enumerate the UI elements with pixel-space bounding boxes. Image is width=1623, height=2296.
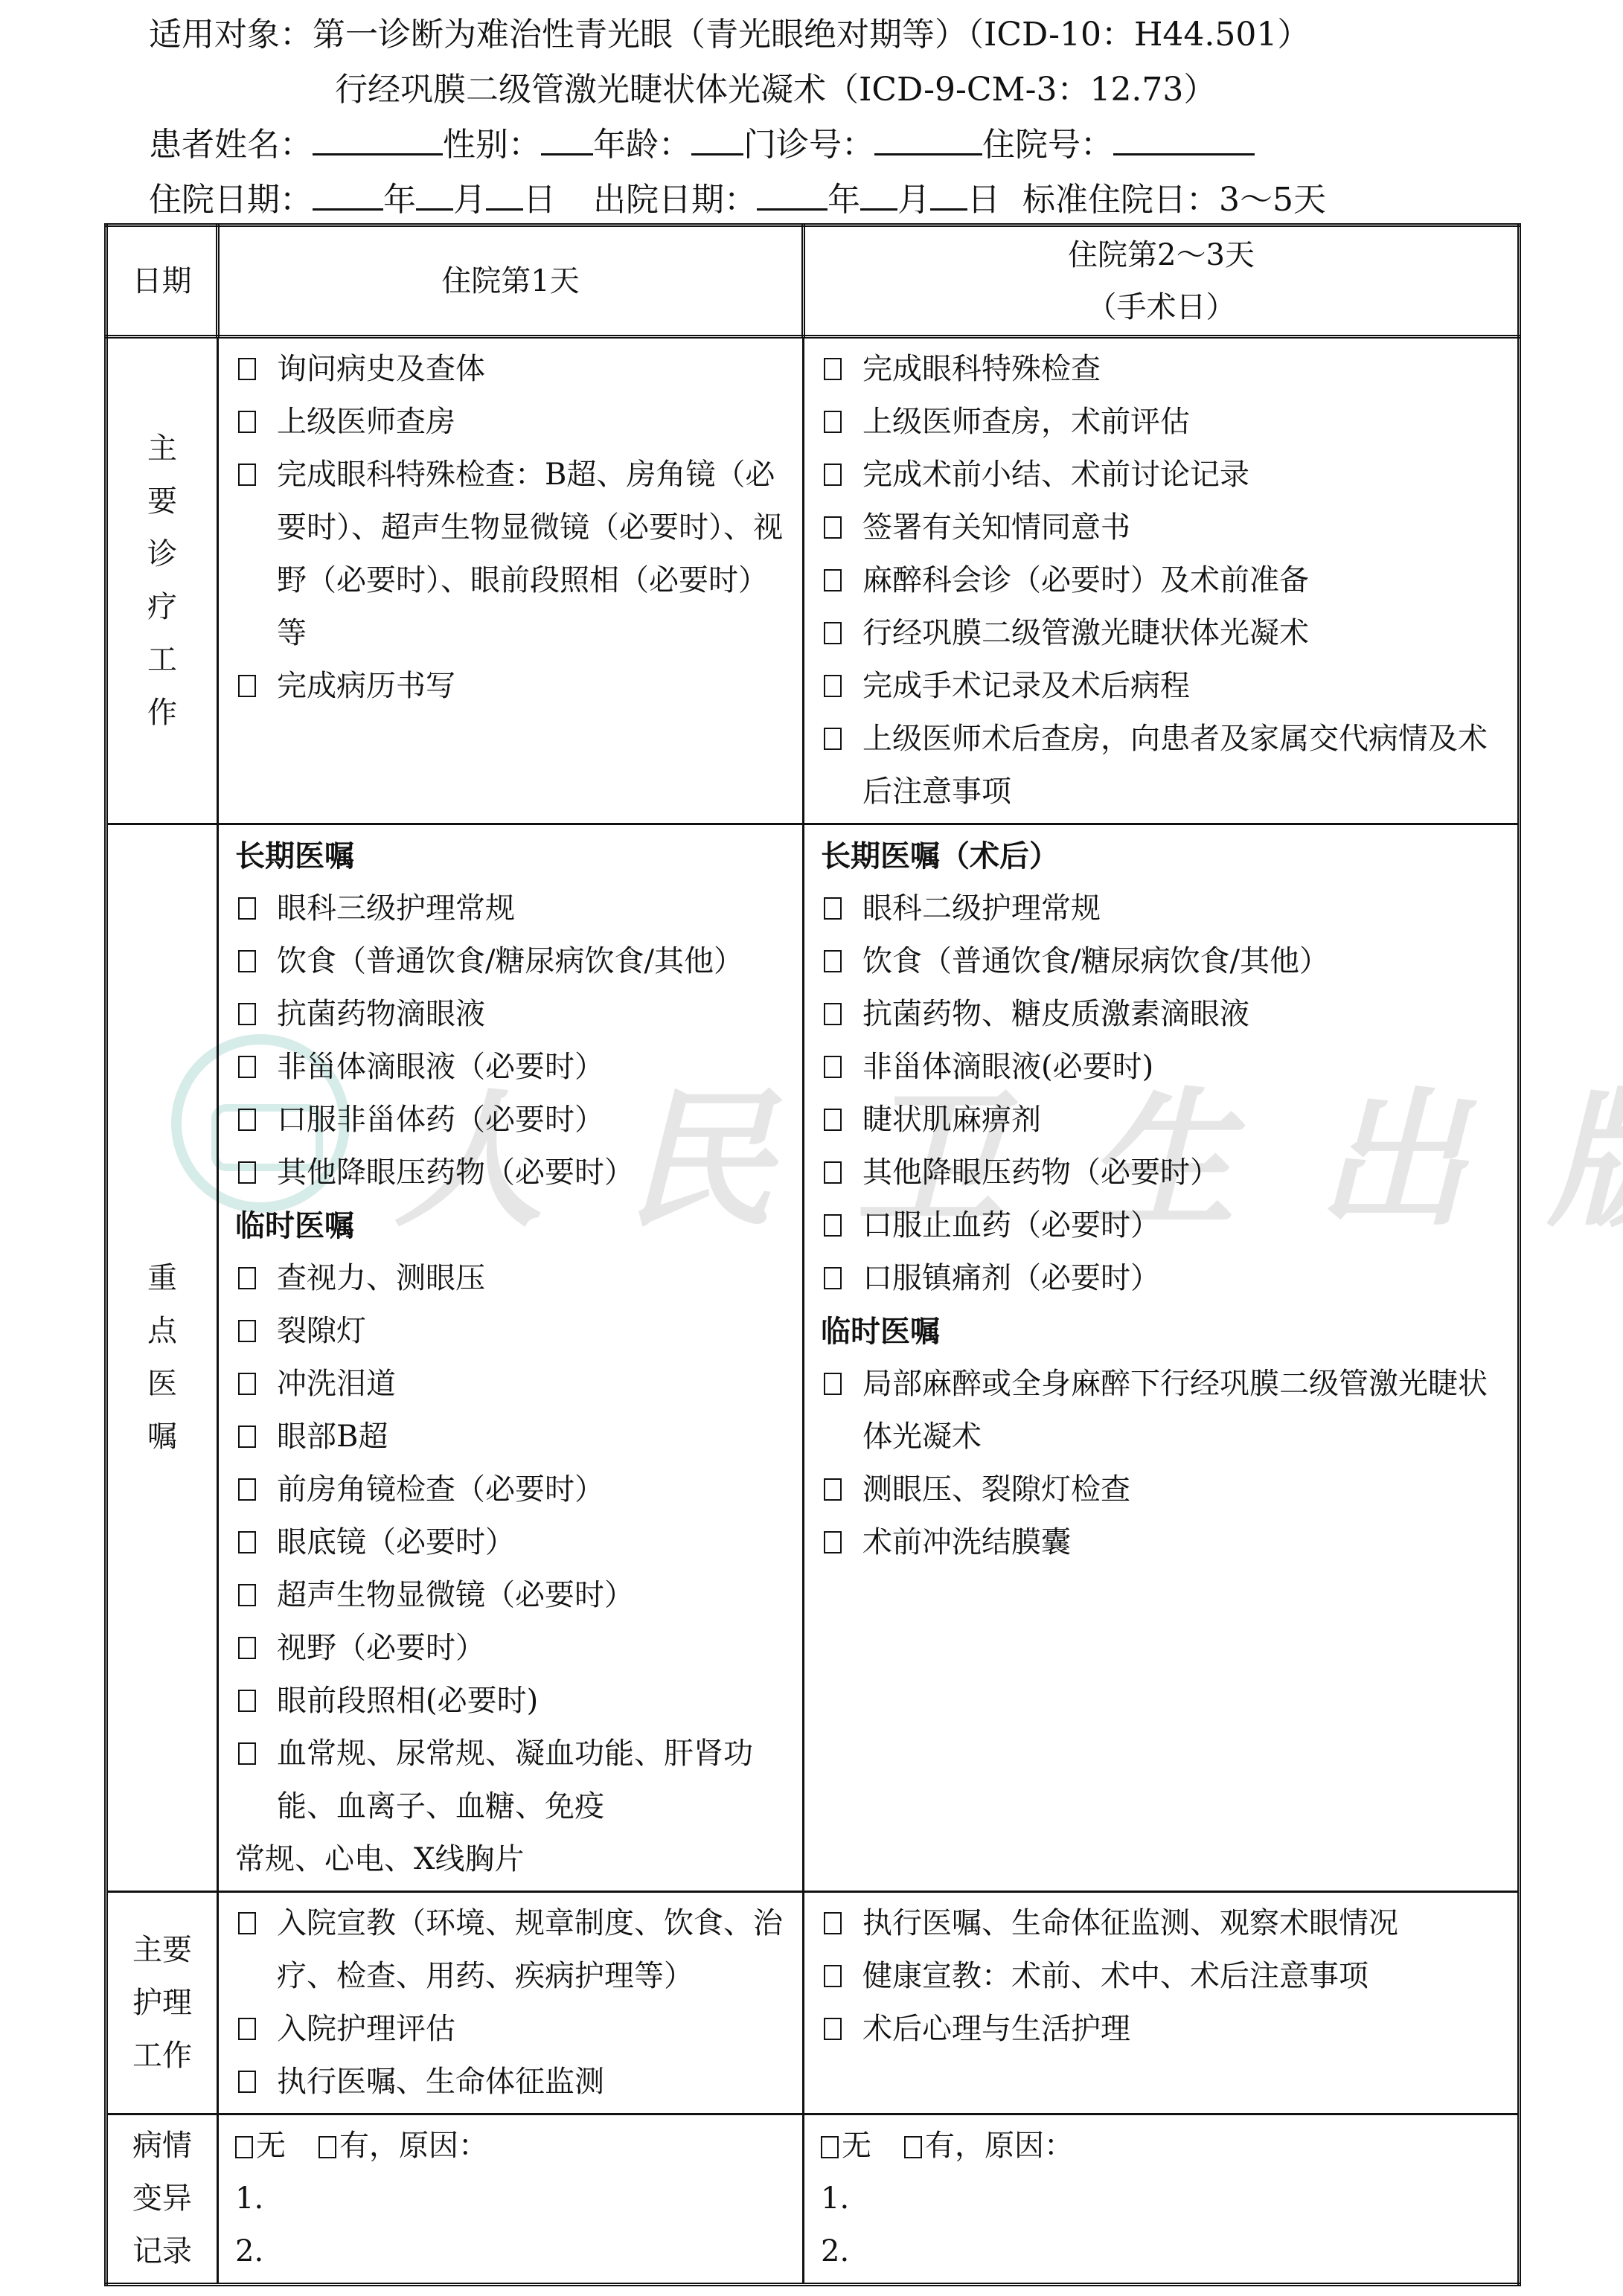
checkbox-icon[interactable] (238, 950, 256, 972)
table-row-variance: 病情变异记录 无有，原因： 1. 2. 无有，原因： 1. 2. (106, 2114, 1520, 2285)
checklist-item: 裂隙灯 (235, 1305, 792, 1358)
row-label-variance: 病情变异记录 (106, 2114, 218, 2285)
checklist-item: 口服镇痛剂（必要时） (821, 1252, 1507, 1305)
checkbox-icon[interactable] (824, 1531, 842, 1553)
checklist-item: 行经巩膜二级管激光睫状体光凝术 (821, 607, 1507, 660)
checklist-item: 入院护理评估 (235, 2003, 792, 2056)
checklist-item: 上级医师查房，术前评估 (821, 396, 1507, 449)
checkbox-icon[interactable] (238, 1373, 256, 1395)
checkbox-icon[interactable] (824, 1214, 842, 1237)
temporary-orders-title: 临时医嘱 (821, 1305, 1507, 1358)
checklist-item: 眼前段照相(必要时) (235, 1675, 792, 1728)
variance-day2-cell: 无有，原因： 1. 2. (804, 2114, 1520, 2285)
checkbox-icon[interactable] (824, 1056, 842, 1078)
checklist-item: 局部麻醉或全身麻醉下行经巩膜二级管激光睫状体光凝术 (821, 1358, 1507, 1463)
key-orders-day2-cell: 长期医嘱（术后） 眼科二级护理常规 饮食（普通饮食/糖尿病饮食/其他） 抗菌药物… (804, 824, 1520, 1892)
procedure-text: 行经巩膜二级管激光睫状体光凝术（ICD-9-CM-3：12.73） (335, 71, 1216, 109)
discharge-month-field[interactable] (860, 179, 897, 211)
checklist-item: 超声生物显微镜（必要时） (235, 1569, 792, 1622)
standard-stay: 标准住院日：3～5天 (1022, 181, 1326, 219)
checkbox-icon[interactable] (238, 1478, 256, 1501)
discharge-year-field[interactable] (757, 179, 827, 211)
checklist-item: 抗菌药物滴眼液 (235, 988, 792, 1041)
applies-line-2: 行经巩膜二级管激光睫状体光凝术（ICD-9-CM-3：12.73） (149, 62, 1563, 118)
checklist-item: 完成术前小结、术前讨论记录 (821, 449, 1507, 501)
checkbox-icon[interactable] (238, 1912, 256, 1934)
checkbox-icon[interactable] (824, 2018, 842, 2040)
variance-none-checkbox[interactable] (821, 2136, 839, 2158)
checkbox-icon[interactable] (238, 1161, 256, 1184)
checklist-item: 麻醉科会诊（必要时）及术前准备 (821, 554, 1507, 607)
age-label: 年龄： (593, 126, 691, 164)
gender-label: 性别： (443, 126, 541, 164)
checkbox-icon[interactable] (238, 1690, 256, 1712)
month-unit: 月 (453, 181, 486, 219)
applies-line-1: 适用对象：第一诊断为难治性青光眼（青光眼绝对期等）（ICD-10：H44.501… (149, 7, 1563, 62)
checkbox-icon[interactable] (824, 358, 842, 380)
date-column-header: 日期 (106, 225, 218, 337)
checkbox-icon[interactable] (824, 1478, 842, 1501)
checklist-item: 完成病历书写 (235, 660, 792, 713)
checklist-item: 抗菌药物、糖皮质激素滴眼液 (821, 988, 1507, 1041)
table-row-nursing: 主要护理工作 入院宣教（环境、规章制度、饮食、治疗、检查、用药、疾病护理等） 入… (106, 1892, 1520, 2114)
nursing-day1-cell: 入院宣教（环境、规章制度、饮食、治疗、检查、用药、疾病护理等） 入院护理评估 执… (218, 1892, 804, 2114)
inpatient-no-label: 住院号： (982, 126, 1113, 164)
checkbox-icon[interactable] (824, 622, 842, 644)
checklist-item: 上级医师术后查房，向患者及家属交代病情及术后注意事项 (821, 713, 1507, 818)
checkbox-icon[interactable] (238, 675, 256, 697)
checkbox-icon[interactable] (238, 1426, 256, 1448)
variance-day1-cell: 无有，原因： 1. 2. (218, 2114, 804, 2285)
variance-reason-2[interactable]: 2. (235, 2225, 792, 2278)
patient-name-field[interactable] (313, 124, 443, 155)
checkbox-icon[interactable] (824, 675, 842, 697)
variance-yes-checkbox[interactable] (318, 2136, 336, 2158)
checklist-item: 视野（必要时） (235, 1622, 792, 1675)
checkbox-icon[interactable] (824, 1161, 842, 1184)
checklist-item: 上级医师查房 (235, 396, 792, 449)
table-row-key-orders: 重点医嘱 长期医嘱 眼科三级护理常规 饮食（普通饮食/糖尿病饮食/其他） 抗菌药… (106, 824, 1520, 1892)
checklist-item: 眼部B超 (235, 1411, 792, 1463)
variance-yes-checkbox[interactable] (904, 2136, 922, 2158)
key-orders-day1-cell: 长期医嘱 眼科三级护理常规 饮食（普通饮食/糖尿病饮食/其他） 抗菌药物滴眼液 … (218, 824, 804, 1892)
applies-label: 适用对象： (149, 16, 313, 54)
checkbox-icon[interactable] (824, 1003, 842, 1025)
patient-name-label: 患者姓名： (149, 126, 313, 164)
patient-info-line: 患者姓名：性别：年龄：门诊号：住院号： (149, 118, 1563, 173)
variance-reason-1[interactable]: 1. (821, 2172, 1507, 2225)
checklist-item: 执行医嘱、生命体征监测 (235, 2056, 792, 2109)
day2-column-header: 住院第2～3天 （手术日） (804, 225, 1520, 337)
outpatient-no-field[interactable] (874, 124, 982, 155)
checkbox-icon[interactable] (238, 358, 256, 380)
checkbox-icon[interactable] (824, 516, 842, 539)
checkbox-icon[interactable] (824, 1373, 842, 1395)
gender-field[interactable] (541, 124, 593, 155)
checklist-item: 签署有关知情同意书 (821, 501, 1507, 554)
age-field[interactable] (691, 124, 743, 155)
checkbox-icon[interactable] (824, 728, 842, 750)
day-unit: 日 (523, 181, 556, 219)
checklist-item: 前房角镜检查（必要时） (235, 1463, 792, 1516)
long-term-orders-title: 长期医嘱（术后） (821, 830, 1507, 882)
checkbox-icon[interactable] (824, 411, 842, 433)
variance-options: 无有，原因： (821, 2120, 1507, 2172)
checklist-item: 完成眼科特殊检查 (821, 343, 1507, 396)
checkbox-icon[interactable] (824, 1267, 842, 1289)
main-work-day2-cell: 完成眼科特殊检查 上级医师查房，术前评估 完成术前小结、术前讨论记录 签署有关知… (804, 337, 1520, 824)
checkbox-icon[interactable] (238, 2018, 256, 2040)
admit-year-field[interactable] (313, 179, 383, 211)
main-work-day1-cell: 询问病史及查体 上级医师查房 完成眼科特殊检查：B超、房角镜（必要时）、超声生物… (218, 337, 804, 824)
checklist-item: 非甾体滴眼液（必要时） (235, 1041, 792, 1094)
checklist-item: 其他降眼压药物（必要时） (821, 1147, 1507, 1199)
variance-reason-2[interactable]: 2. (821, 2225, 1507, 2278)
checklist-item: 饮食（普通饮食/糖尿病饮食/其他） (821, 935, 1507, 988)
checkbox-icon[interactable] (238, 897, 256, 920)
discharge-date-label: 出院日期： (593, 181, 757, 219)
checklist-item: 非甾体滴眼液(必要时) (821, 1041, 1507, 1094)
checklist-item: 健康宣教：术前、术中、术后注意事项 (821, 1950, 1507, 2003)
variance-reason-1[interactable]: 1. (235, 2172, 792, 2225)
checkbox-icon[interactable] (238, 1056, 256, 1078)
outpatient-no-label: 门诊号： (743, 126, 874, 164)
checklist-item: 睫状肌麻痹剂 (821, 1094, 1507, 1147)
variance-options: 无有，原因： (235, 2120, 792, 2172)
inpatient-no-field[interactable] (1113, 124, 1255, 155)
table-header-row: 日期 住院第1天 住院第2～3天 （手术日） (106, 225, 1520, 337)
checkbox-icon[interactable] (238, 1584, 256, 1606)
row-label-key-orders: 重点医嘱 (106, 824, 218, 1892)
admit-date-label: 住院日期： (149, 181, 313, 219)
variance-none-checkbox[interactable] (235, 2136, 253, 2158)
row-label-nursing: 主要护理工作 (106, 1892, 218, 2114)
checklist-item: 眼科二级护理常规 (821, 882, 1507, 935)
year-unit: 年 (827, 181, 860, 219)
dates-line: 住院日期：年月日出院日期：年月日标准住院日：3～5天 (149, 173, 1563, 228)
checkbox-icon[interactable] (824, 569, 842, 591)
checkbox-icon[interactable] (238, 1742, 256, 1765)
checkbox-icon[interactable] (824, 1912, 842, 1934)
month-unit: 月 (897, 181, 930, 219)
checklist-item: 口服止血药（必要时） (821, 1199, 1507, 1252)
checklist-item: 眼科三级护理常规 (235, 882, 792, 935)
day-unit: 日 (967, 181, 1000, 219)
diagnosis-text: 第一诊断为难治性青光眼（青光眼绝对期等）（ICD-10：H44.501） (313, 16, 1310, 54)
checklist-item: 术前冲洗结膜囊 (821, 1516, 1507, 1569)
form-header: 适用对象：第一诊断为难治性青光眼（青光眼绝对期等）（ICD-10：H44.501… (149, 7, 1563, 228)
checklist-item: 测眼压、裂隙灯检查 (821, 1463, 1507, 1516)
checkbox-icon[interactable] (824, 464, 842, 486)
checkbox-icon[interactable] (238, 2071, 256, 2093)
checkbox-icon[interactable] (238, 1320, 256, 1342)
checklist-item: 眼底镜（必要时） (235, 1516, 792, 1569)
checklist-item: 冲洗泪道 (235, 1358, 792, 1411)
checkbox-icon[interactable] (238, 411, 256, 433)
checkbox-icon[interactable] (238, 464, 256, 486)
checklist-item: 完成眼科特殊检查：B超、房角镜（必要时）、超声生物显微镜（必要时）、视野（必要时… (235, 449, 792, 660)
checklist-item: 执行医嘱、生命体征监测、观察术眼情况 (821, 1897, 1507, 1950)
checklist-item: 血常规、尿常规、凝血功能、肝肾功能、血离子、血糖、免疫 (235, 1728, 792, 1833)
admit-month-field[interactable] (416, 179, 453, 211)
checkbox-icon[interactable] (824, 1965, 842, 1987)
checkbox-icon[interactable] (238, 1109, 256, 1131)
checkbox-icon[interactable] (824, 897, 842, 920)
clinical-pathway-table: 日期 住院第1天 住院第2～3天 （手术日） 主要诊疗工作 询问病史及查体 上级… (104, 223, 1521, 2286)
checklist-item: 术后心理与生活护理 (821, 2003, 1507, 2056)
year-unit: 年 (383, 181, 416, 219)
checklist-item: 入院宣教（环境、规章制度、饮食、治疗、检查、用药、疾病护理等） (235, 1897, 792, 2003)
checklist-item-continuation: 常规、心电、X线胸片 (235, 1833, 792, 1886)
day2-subtitle: （手术日） (805, 281, 1517, 333)
admit-day-field[interactable] (486, 179, 523, 211)
row-label-main-work: 主要诊疗工作 (106, 337, 218, 824)
temporary-orders-title: 临时医嘱 (235, 1199, 792, 1252)
checklist-item: 查视力、测眼压 (235, 1252, 792, 1305)
checklist-item: 完成手术记录及术后病程 (821, 660, 1507, 713)
checkbox-icon[interactable] (824, 950, 842, 972)
checklist-item: 询问病史及查体 (235, 343, 792, 396)
day2-title: 住院第2～3天 (805, 229, 1517, 281)
checklist-item: 其他降眼压药物（必要时） (235, 1147, 792, 1199)
day1-column-header: 住院第1天 (218, 225, 804, 337)
checklist-item: 口服非甾体药（必要时） (235, 1094, 792, 1147)
checkbox-icon[interactable] (238, 1637, 256, 1659)
checklist-item: 饮食（普通饮食/糖尿病饮食/其他） (235, 935, 792, 988)
nursing-day2-cell: 执行医嘱、生命体征监测、观察术眼情况 健康宣教：术前、术中、术后注意事项 术后心… (804, 1892, 1520, 2114)
discharge-day-field[interactable] (930, 179, 967, 211)
checkbox-icon[interactable] (238, 1003, 256, 1025)
long-term-orders-title: 长期医嘱 (235, 830, 792, 882)
checkbox-icon[interactable] (238, 1267, 256, 1289)
checkbox-icon[interactable] (238, 1531, 256, 1553)
table-row-main-work: 主要诊疗工作 询问病史及查体 上级医师查房 完成眼科特殊检查：B超、房角镜（必要… (106, 337, 1520, 824)
checkbox-icon[interactable] (824, 1109, 842, 1131)
